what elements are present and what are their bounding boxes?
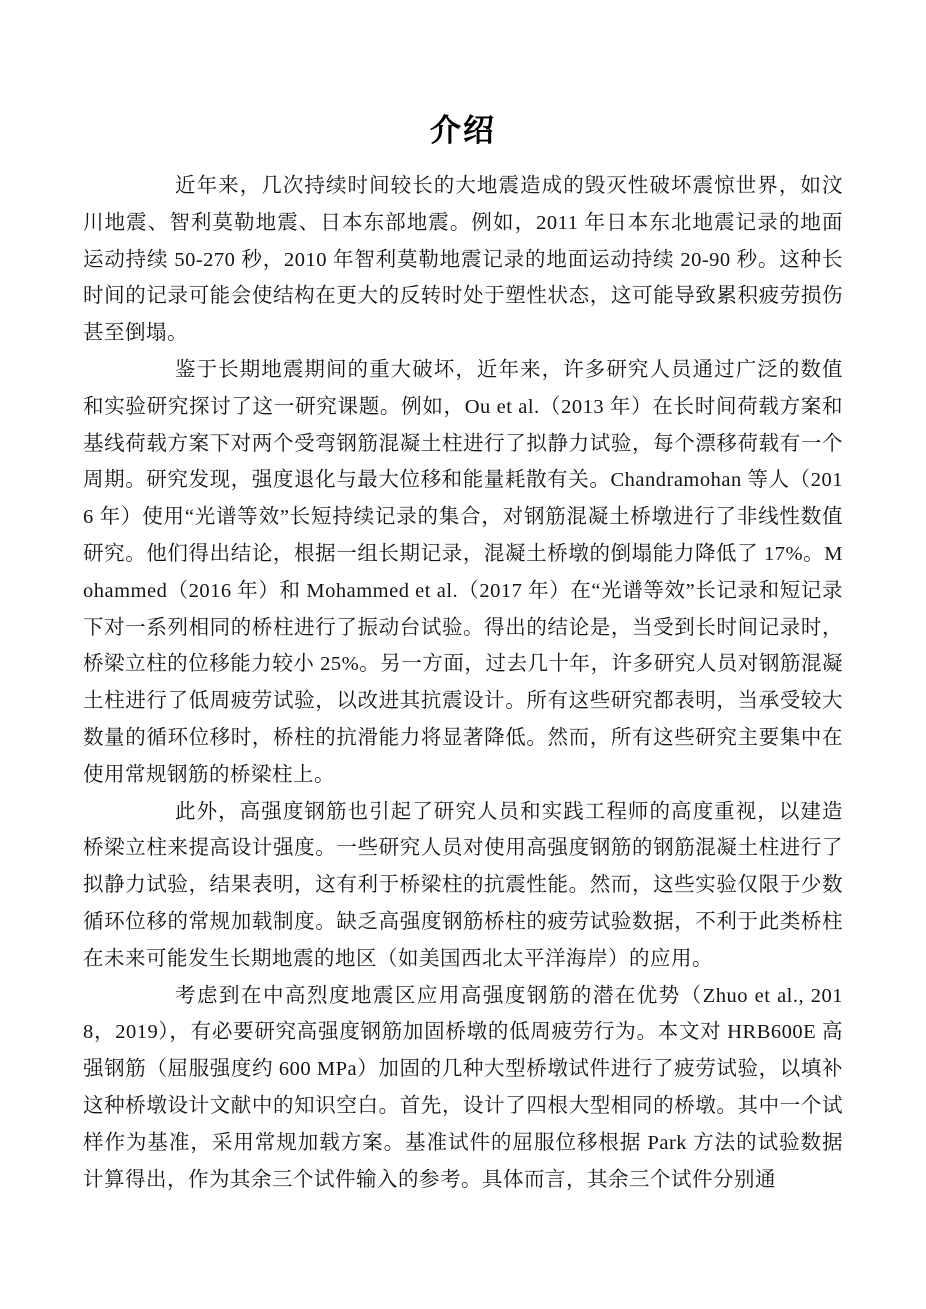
paragraph: 此外，高强度钢筋也引起了研究人员和实践工程师的高度重视，以建造桥梁立柱来提高设计…: [83, 794, 843, 978]
paragraph: 近年来，几次持续时间较长的大地震造成的毁灭性破坏震惊世界，如汶川地震、智利莫勒地…: [83, 168, 843, 352]
document-content: 介绍 近年来，几次持续时间较长的大地震造成的毁灭性破坏震惊世界，如汶川地震、智利…: [0, 0, 926, 1198]
document-page: 介绍 近年来，几次持续时间较长的大地震造成的毁灭性破坏震惊世界，如汶川地震、智利…: [0, 0, 926, 1309]
paragraph: 考虑到在中高烈度地震区应用高强度钢筋的潜在优势（Zhuo et al., 201…: [83, 978, 843, 1199]
document-body: 近年来，几次持续时间较长的大地震造成的毁灭性破坏震惊世界，如汶川地震、智利莫勒地…: [83, 168, 843, 1198]
paragraph: 鉴于长期地震期间的重大破坏，近年来，许多研究人员通过广泛的数值和实验研究探讨了这…: [83, 352, 843, 794]
page-title: 介绍: [83, 108, 843, 154]
